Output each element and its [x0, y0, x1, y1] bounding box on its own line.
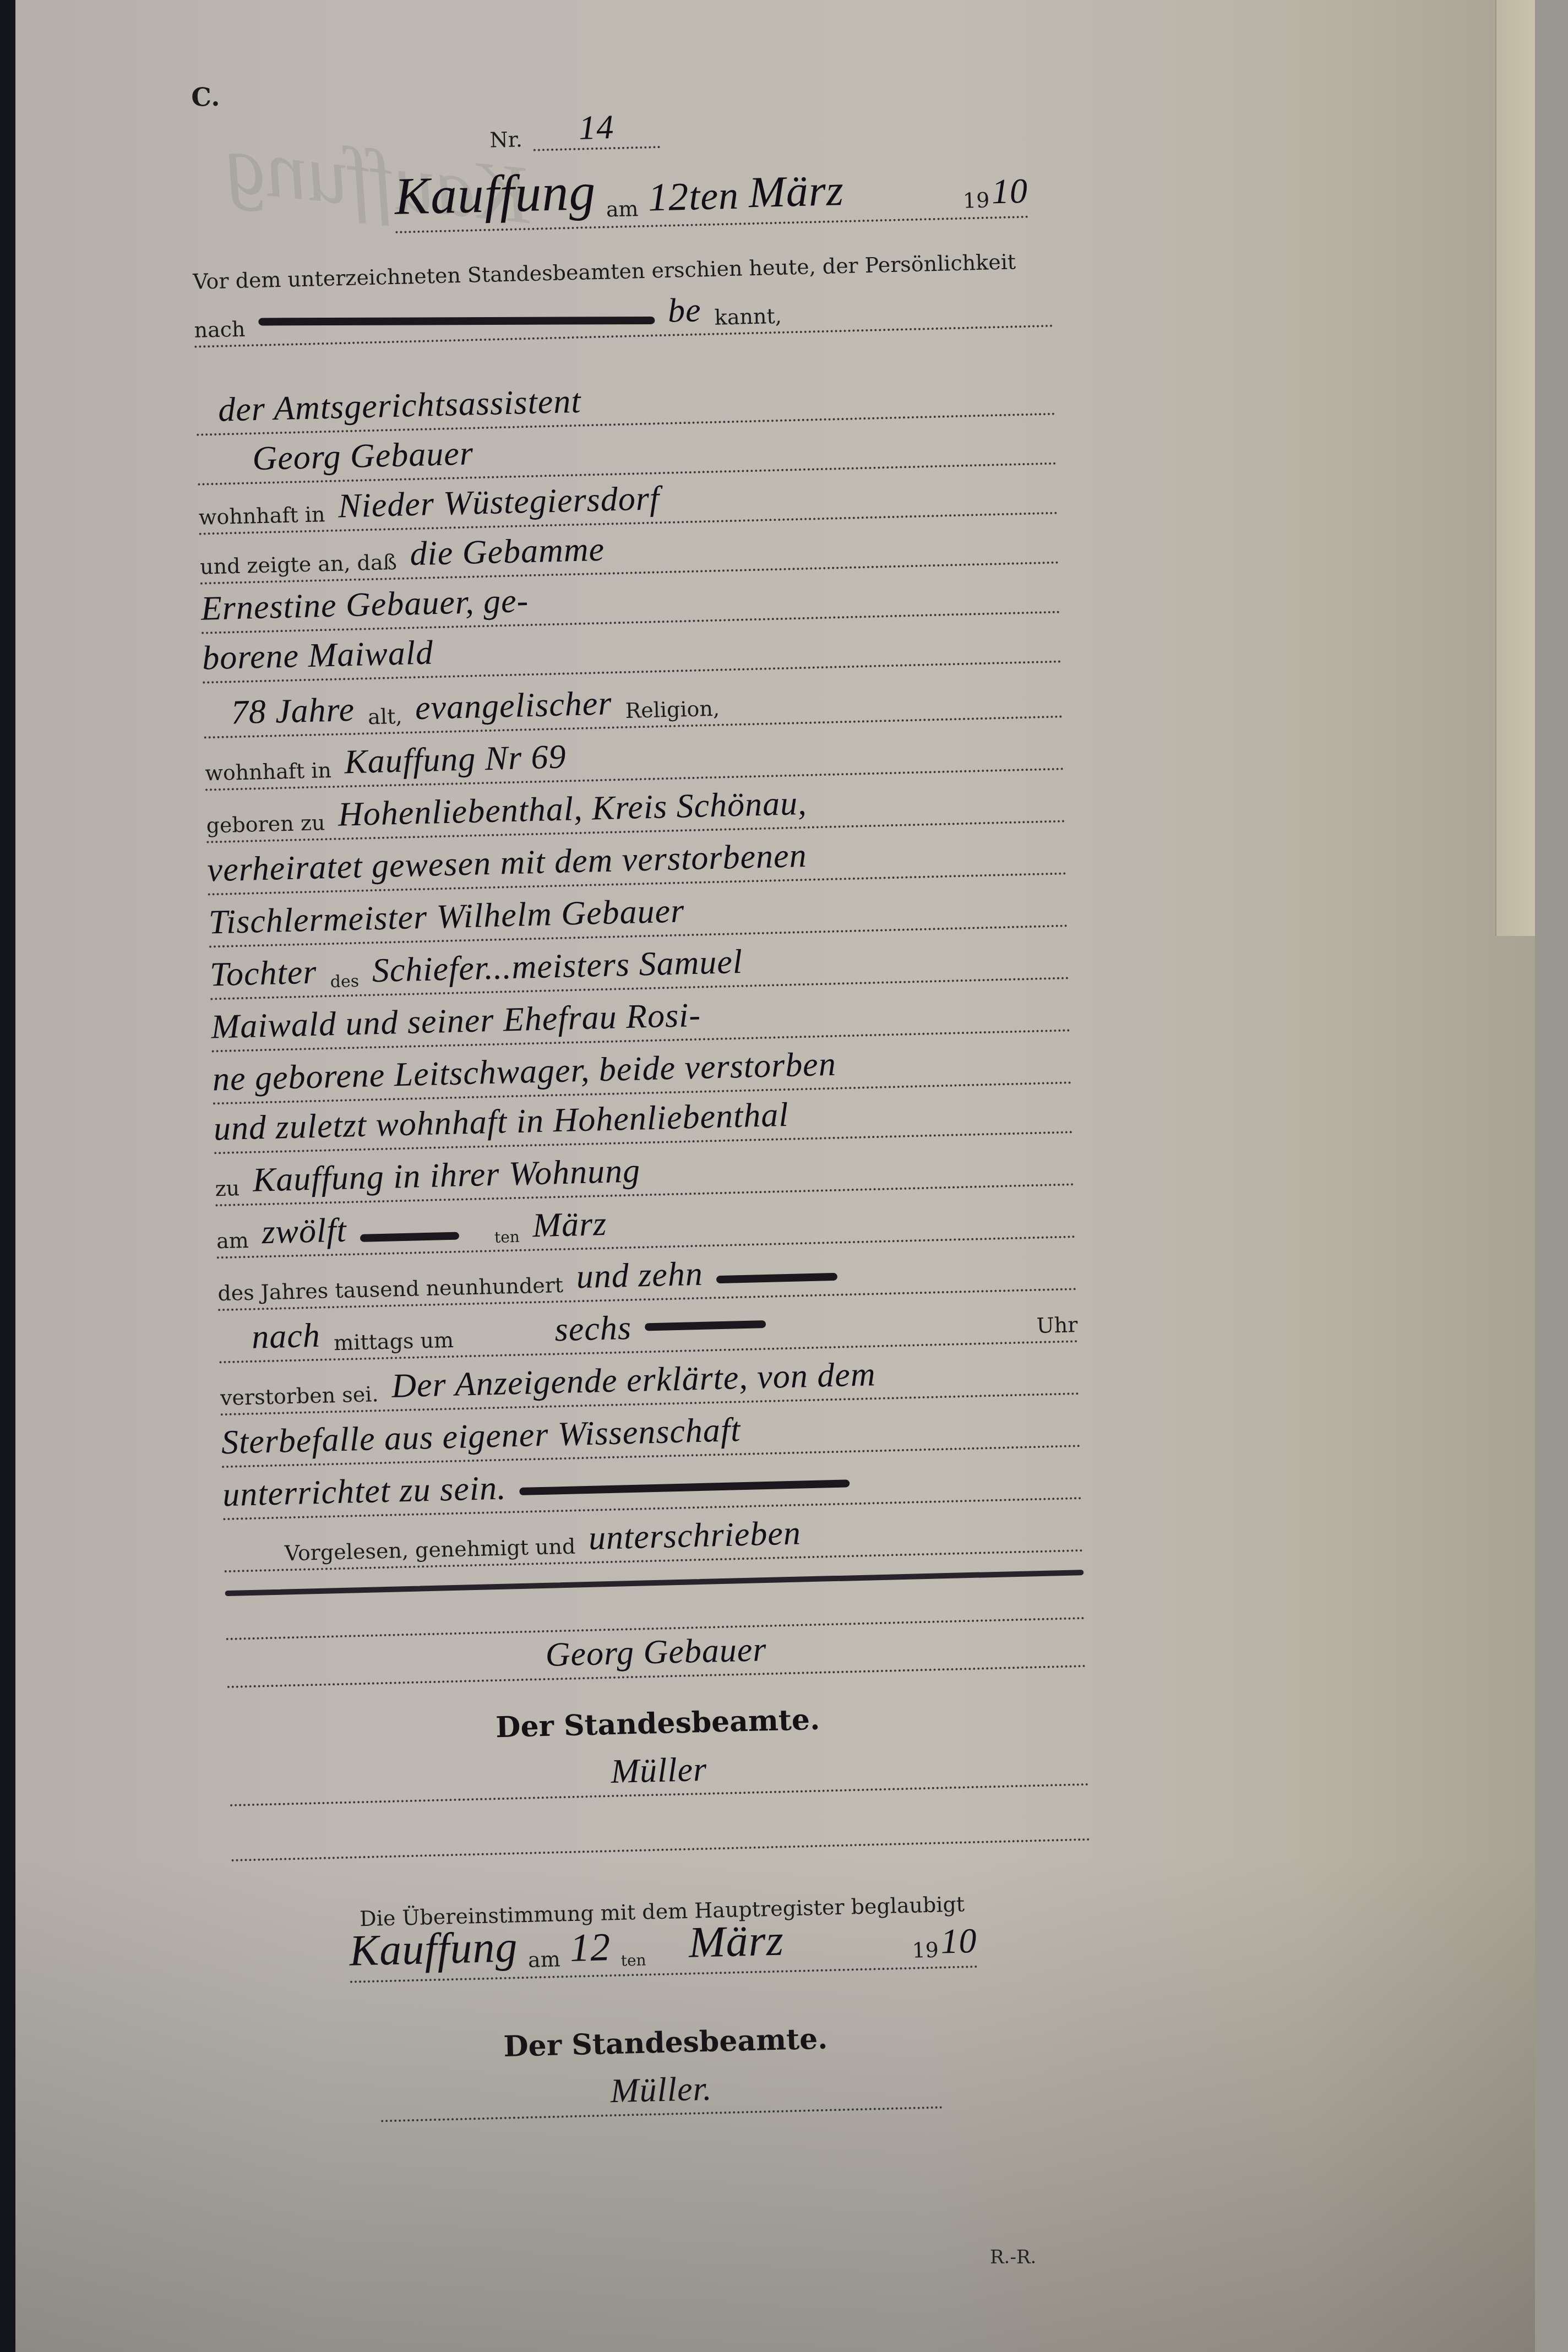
parents-residence: und zuletzt wohnhaft in Hohenliebenthal	[213, 1096, 789, 1149]
residence-label: wohnhaft in	[198, 502, 325, 530]
mittags-label: mittags um	[334, 1328, 454, 1355]
deceased-residence-value: Kauffung Nr 69	[344, 738, 567, 782]
nr-label: Nr.	[489, 127, 522, 152]
cert-year-prefix: 19	[912, 1938, 939, 1963]
deceased-residence-label: wohnhaft in	[205, 758, 332, 786]
spouse-name: Tischlermeister Wilhelm Gebauer	[208, 891, 685, 942]
deceased-maiden-name: borene Maiwald	[202, 633, 433, 678]
religion-label: Religion,	[625, 696, 720, 723]
record-day: 12ten	[647, 173, 739, 221]
struck-out-line	[258, 317, 655, 326]
daughter-of: Tochter	[209, 953, 317, 995]
cert-place: Kauffung	[349, 1922, 519, 1976]
cert-registrar-title: Der Standesbeamte.	[236, 2016, 1095, 2070]
marital-text-1: verheiratet gewesen mit dem verstorbenen	[207, 836, 808, 890]
zu-label: zu	[215, 1176, 240, 1201]
nach-label: nach	[194, 317, 246, 342]
cert-month: März	[688, 1916, 785, 1968]
year-prefix: 19	[962, 188, 989, 213]
fill-stroke	[716, 1273, 837, 1283]
informant-signature: Georg Gebauer	[545, 1630, 767, 1675]
form-footer-mark: R.-R.	[990, 2246, 1036, 2268]
deceased-age: 78 Jahre	[231, 690, 355, 732]
closing-value: unterschrieben	[588, 1514, 802, 1558]
alt-label: alt,	[368, 704, 402, 729]
cert-am-label: am	[527, 1947, 560, 1972]
verstorben-label: verstorben sei.	[220, 1382, 379, 1410]
year-label: des Jahres tausend neunhundert	[217, 1273, 564, 1305]
cert-ten-label: ten	[620, 1951, 646, 1970]
death-month: März	[532, 1205, 607, 1245]
fill-stroke	[360, 1232, 459, 1242]
des-label: des	[330, 972, 359, 992]
death-hour: sechs	[554, 1309, 632, 1349]
book-binding	[0, 0, 15, 2352]
informant-name: Georg Gebauer	[252, 434, 474, 479]
death-am-label: am	[216, 1228, 249, 1253]
father-occupation-name: Schiefer...meisters Samuel	[372, 943, 743, 990]
death-day: zwölft	[262, 1211, 347, 1253]
fill-stroke	[519, 1479, 850, 1495]
informant-residence-value: Nieder Wüstegiersdorf	[337, 479, 660, 526]
death-period: nach	[252, 1316, 321, 1357]
cert-registrar-signature-line: Müller.	[380, 2058, 943, 2122]
ten-label: ten	[494, 1228, 520, 1246]
place-of-death-value: Kauffung in ihrer Wohnung	[252, 1151, 641, 1200]
birthplace-label: geboren zu	[206, 810, 325, 837]
declaration-text-1: Der Anzeigende erklärte, von dem	[391, 1355, 876, 1406]
announcement-label: und zeigte an, daß	[200, 550, 398, 579]
death-year-words: und zehn	[576, 1255, 704, 1297]
deceased-religion: evangelischer	[415, 684, 612, 728]
register-page: Kauffung C. Nr. 14 Kauffung am 12ten Mär…	[15, 0, 1535, 2352]
record-number: Nr. 14	[489, 107, 660, 153]
year-suffix: 10	[991, 171, 1028, 213]
deceased-name: Ernestine Gebauer, ge-	[200, 581, 529, 629]
informant-occupation: der Amtsgerichtsassistent	[217, 382, 581, 430]
record-month: März	[748, 166, 845, 218]
birthplace-value: Hohenliebenthal, Kreis Schönau,	[337, 784, 807, 835]
cert-day: 12	[569, 1924, 611, 1971]
declaration-text-3: unterrichtet zu sein.	[222, 1469, 507, 1515]
registrar-signature: Müller	[611, 1750, 707, 1792]
known-handwritten: be	[667, 291, 701, 330]
record-place: Kauffung	[394, 161, 596, 227]
underlying-page-edge	[1495, 0, 1535, 936]
closing-label: Vorgelesen, genehmigt und	[284, 1534, 575, 1566]
declaration-text-2: Sterbefalle aus eigener Wissenschaft	[221, 1411, 741, 1462]
cert-year-suffix: 10	[940, 1920, 978, 1962]
announcement-text-1: die Gebamme	[410, 530, 605, 574]
form-letter: C.	[191, 82, 220, 112]
marital-text-4: Maiwald und seiner Ehefrau Rosi-	[211, 996, 701, 1047]
fill-stroke	[645, 1320, 766, 1331]
am-label: am	[606, 197, 639, 221]
nr-value: 14	[532, 107, 660, 151]
known-suffix: kannt,	[714, 304, 782, 330]
uhr-label: Uhr	[1036, 1313, 1078, 1338]
cert-registrar-signature: Müller.	[610, 2070, 712, 2111]
